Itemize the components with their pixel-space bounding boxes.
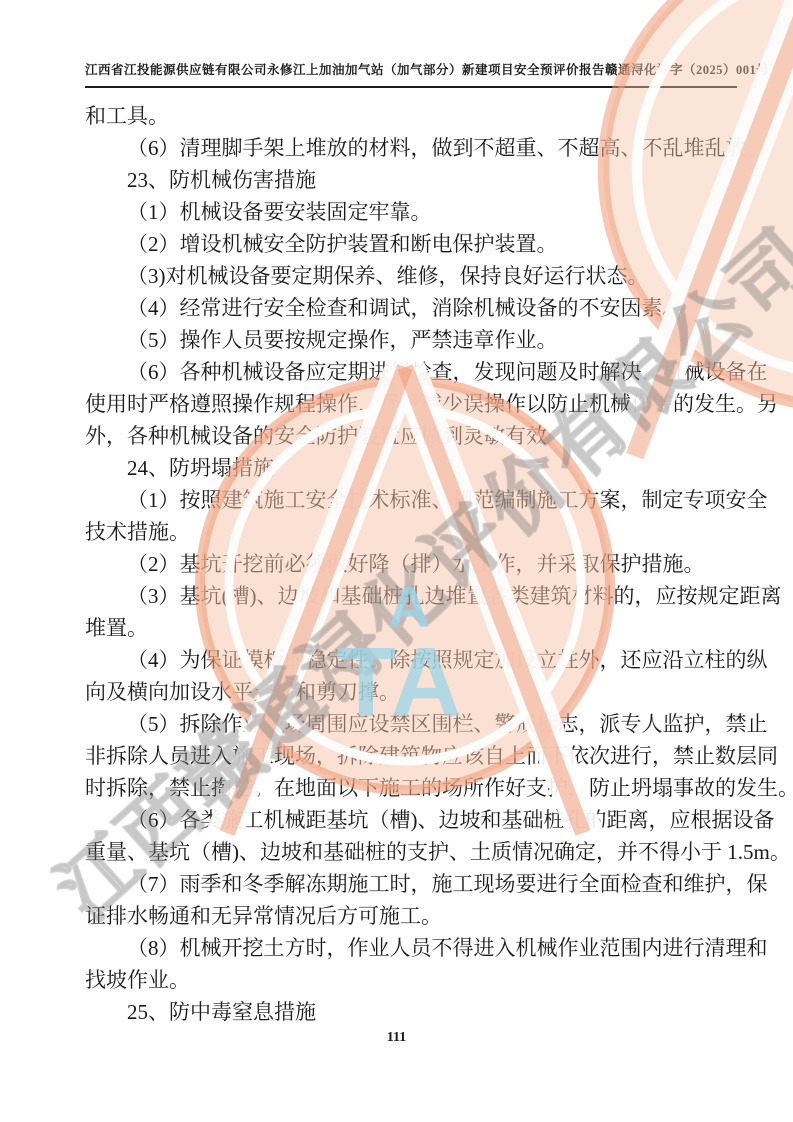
page-number: 111 bbox=[387, 1030, 406, 1045]
body-line: （5）操作人员要按规定操作，严禁违章作业。 bbox=[85, 324, 737, 356]
body-line: （6）各类施工机械距基坑（槽)、边坡和基础桩孔的距离，应根据设备 bbox=[85, 804, 737, 836]
body-line: 25、防中毒窒息措施 bbox=[85, 996, 737, 1028]
body-line: 外，各种机械设备的安全防护装置应做到灵敏有效 bbox=[85, 420, 737, 452]
body-line: （1）按照建筑施工安全技术标准、规范编制施工方案，制定专项安全 bbox=[85, 484, 737, 516]
page-footer: 111 bbox=[0, 1030, 793, 1046]
body-line: （5）拆除作业现场周围应设禁区围栏、警戒标志，派专人监护，禁止 bbox=[85, 708, 737, 740]
header-doc-number: 赣通浔化评字（2025）001号 bbox=[605, 60, 769, 78]
body-line: 证排水畅通和无异常情况后方可施工。 bbox=[85, 900, 737, 932]
body-line: 和工具。 bbox=[85, 100, 737, 132]
document-page: 江西省江投能源供应链有限公司永修江上加油加气站（加气部分）新建项目安全预评价报告… bbox=[0, 0, 793, 1122]
body-line: 非拆除人员进入施工现场，拆除建筑物应该自上而下依次进行，禁止数层同 bbox=[85, 740, 737, 772]
body-line: （1）机械设备要安装固定牢靠。 bbox=[85, 196, 737, 228]
body-line: （6）各种机械设备应定期进行检查，发现问题及时解决，机械设备在 bbox=[85, 356, 737, 388]
body-line: （3）基坑(槽)、边坡和基础桩孔边堆置各类建筑材料的，应按规定距离 bbox=[85, 580, 737, 612]
body-line: 向及横向加设水平支撑和剪刀撑。 bbox=[85, 676, 737, 708]
body-line: 24、防坍塌措施 bbox=[85, 452, 737, 484]
body-line: 找坡作业。 bbox=[85, 964, 737, 996]
body-line: 堆置。 bbox=[85, 612, 737, 644]
body-line: （4）为保证模板的稳定性，除按照规定加设立柱外，还应沿立柱的纵 bbox=[85, 644, 737, 676]
header-rule bbox=[85, 86, 737, 88]
body-line: （3)对机械设备要定期保养、维修，保持良好运行状态。 bbox=[85, 260, 737, 292]
body-line: （7）雨季和冬季解冻期施工时，施工现场要进行全面检查和维护，保 bbox=[85, 868, 737, 900]
body-line: 使用时严格遵照操作规程操作，尽量减少误操作以防止机械伤害的发生。另 bbox=[85, 388, 737, 420]
page-header: 江西省江投能源供应链有限公司永修江上加油加气站（加气部分）新建项目安全预评价报告… bbox=[85, 60, 737, 78]
body-line: （2）增设机械安全防护装置和断电保护装置。 bbox=[85, 228, 737, 260]
body-line: （6）清理脚手架上堆放的材料，做到不超重、不超高、不乱堆乱放。 bbox=[85, 132, 737, 164]
body-text: 和工具。（6）清理脚手架上堆放的材料，做到不超重、不超高、不乱堆乱放。23、防机… bbox=[85, 100, 737, 1028]
body-line: （4）经常进行安全检查和调试，消除机械设备的不安因素。 bbox=[85, 292, 737, 324]
header-report-title: 江西省江投能源供应链有限公司永修江上加油加气站（加气部分）新建项目安全预评价报告 bbox=[85, 60, 605, 78]
body-line: 23、防机械伤害措施 bbox=[85, 164, 737, 196]
body-line: 时拆除，禁止掏挖。在地面以下施工的场所作好支护，防止坍塌事故的发生。 bbox=[85, 772, 737, 804]
body-line: 技术措施。 bbox=[85, 516, 737, 548]
body-line: 重量、基坑（槽)、边坡和基础桩的支护、土质情况确定，并不得小于 1.5m。 bbox=[85, 836, 737, 868]
body-line: （2）基坑开挖前必须做好降（排）水工作，并采取保护措施。 bbox=[85, 548, 737, 580]
body-line: （8）机械开挖土方时，作业人员不得进入机械作业范围内进行清理和 bbox=[85, 932, 737, 964]
